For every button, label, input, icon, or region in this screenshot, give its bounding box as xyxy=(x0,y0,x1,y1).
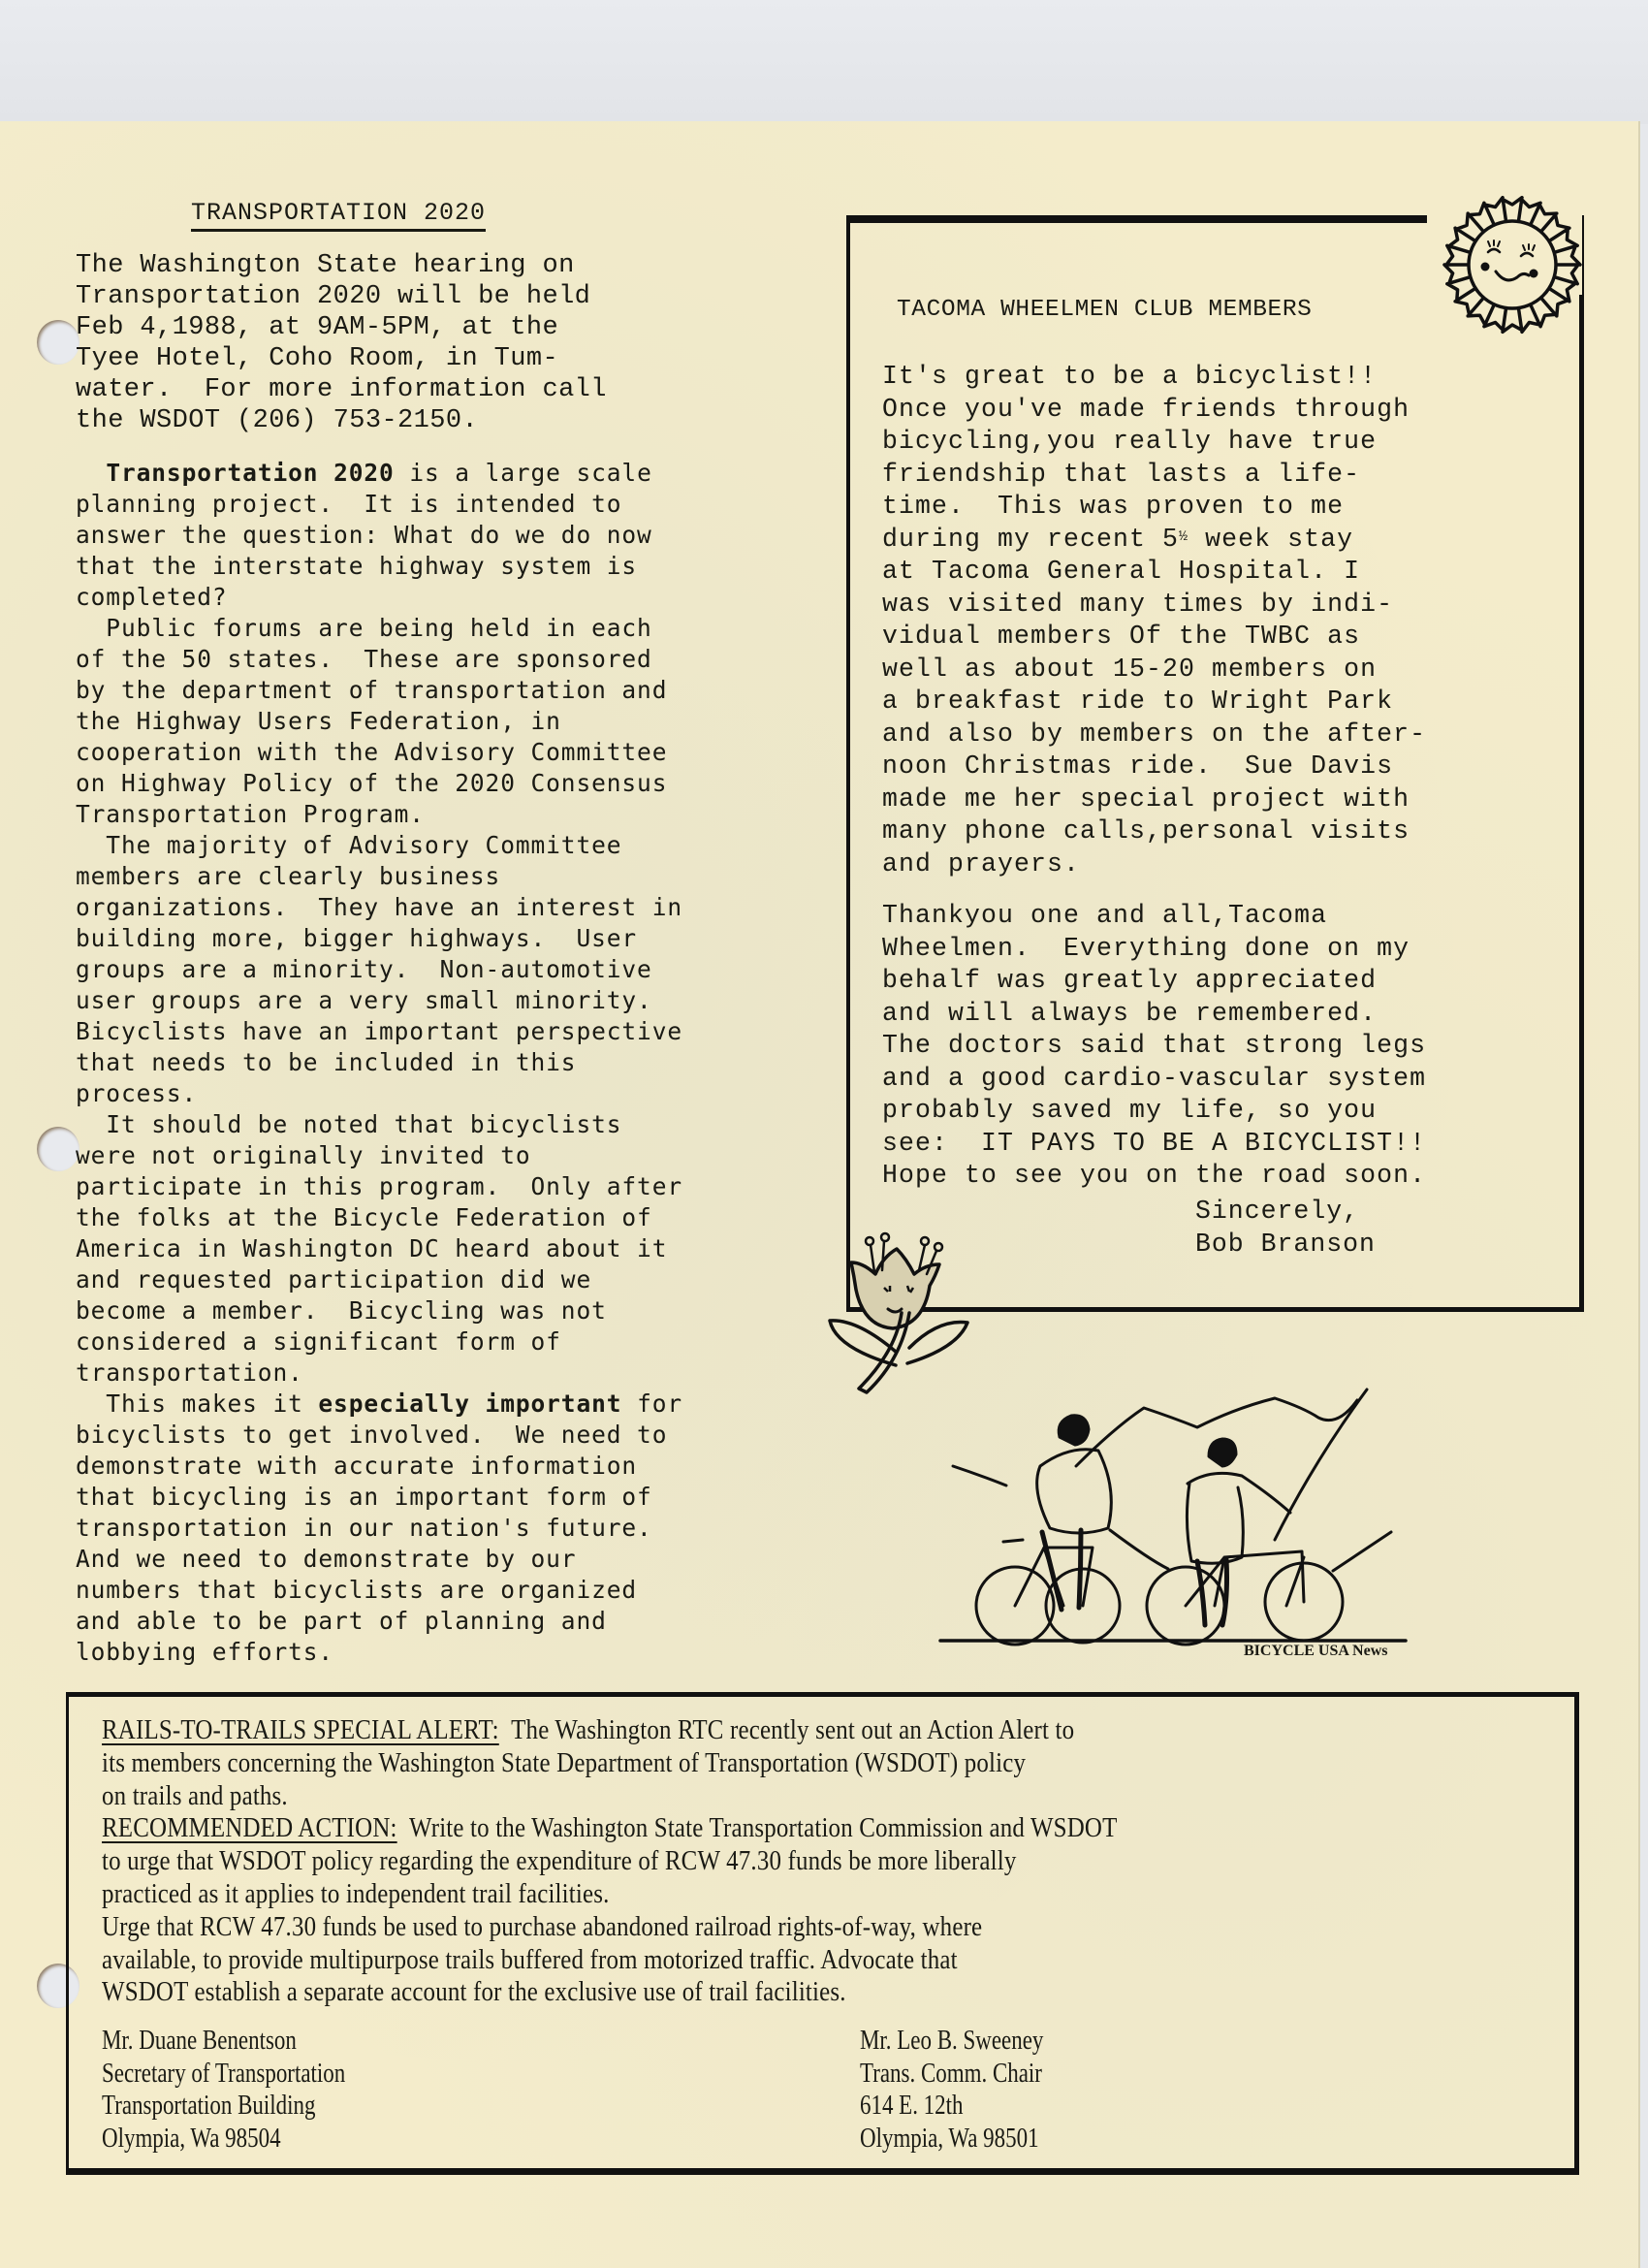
body-line: answer the question: What do we do now xyxy=(76,520,841,551)
body-line: that the interstate highway system is xyxy=(76,551,841,582)
letter-line: a breakfast ride to Wright Park xyxy=(882,686,1561,719)
letter-line: probably saved my life, so you xyxy=(882,1095,1561,1128)
body-line: Bicyclists have an important perspective xyxy=(76,1016,841,1047)
article-closing: This makes it especially important forbi… xyxy=(76,1389,841,1668)
intro-line: Tyee Hotel, Coho Room, in Tum- xyxy=(76,343,841,374)
address-line: Trans. Comm. Chair xyxy=(860,2058,1043,2091)
letter-paragraph-2: Thankyou one and all,TacomaWheelmen. Eve… xyxy=(882,900,1561,1193)
alert-line: Urge that RCW 47.30 funds be used to pur… xyxy=(102,1911,1352,1944)
body-line: become a member. Bicycling was not xyxy=(76,1295,841,1326)
alert-line: to urge that WSDOT policy regarding the … xyxy=(102,1845,1352,1878)
smiling-tulip-icon xyxy=(822,1224,977,1398)
letter-line: Thankyou one and all,Tacoma xyxy=(882,900,1561,933)
body-line: Public forums are being held in each xyxy=(76,613,841,644)
closing-line: numbers that bicyclists are organized xyxy=(76,1575,841,1606)
alert-line: available, to provide multipurpose trail… xyxy=(102,1944,1352,1977)
body-line: completed? xyxy=(76,582,841,613)
letter-title: TACOMA WHEELMEN CLUB MEMBERS xyxy=(897,297,1312,323)
letter-line: well as about 15-20 members on xyxy=(882,654,1561,687)
body-line: and requested participation did we xyxy=(76,1264,841,1295)
letter-signature: Bob Branson xyxy=(1195,1228,1376,1261)
letter-paragraph-1: It's great to be a bicyclist!!Once you'v… xyxy=(882,361,1561,880)
body-line: participate in this program. Only after xyxy=(76,1171,841,1202)
body-line: planning project. It is intended to xyxy=(76,489,841,520)
body-line: America in Washington DC heard about it xyxy=(76,1233,841,1264)
letter-body: It's great to be a bicyclist!!Once you'v… xyxy=(882,361,1561,1193)
alert-line: its members concerning the Washington St… xyxy=(102,1747,1352,1780)
letter-line: Hope to see you on the road soon. xyxy=(882,1160,1561,1193)
alert-text: RAILS-TO-TRAILS SPECIAL ALERT: The Washi… xyxy=(102,1714,1556,2009)
alert-line: on trails and paths. xyxy=(102,1780,1352,1813)
letter-line: It's great to be a bicyclist!! xyxy=(882,361,1561,394)
closing-line: and able to be part of planning and xyxy=(76,1606,841,1637)
body-line: of the 50 states. These are sponsored xyxy=(76,644,841,675)
address-trans-comm-chair: Mr. Leo B. SweeneyTrans. Comm. Chair614 … xyxy=(860,2025,1084,2155)
body-line: user groups are a very small minority. xyxy=(76,985,841,1016)
body-line: on Highway Policy of the 2020 Consensus xyxy=(76,768,841,799)
article-title: TRANSPORTATION 2020 xyxy=(191,199,486,232)
address-line: Secretary of Transportation xyxy=(102,2058,345,2091)
alert-line: WSDOT establish a separate account for t… xyxy=(102,1976,1352,2009)
address-line: Olympia, Wa 98504 xyxy=(102,2123,345,2156)
intro-line: Feb 4,1988, at 9AM-5PM, at the xyxy=(76,312,841,343)
action-heading-line: RECOMMENDED ACTION: Write to the Washing… xyxy=(102,1812,1352,1845)
closing-line: lobbying efforts. xyxy=(76,1637,841,1668)
letter-line: bicycling,you really have true xyxy=(882,426,1561,459)
intro-line: the WSDOT (206) 753-2150. xyxy=(76,405,841,436)
address-line: Transportation Building xyxy=(102,2090,345,2123)
two-bicyclists-illustration xyxy=(935,1387,1420,1648)
article-intro: The Washington State hearing onTransport… xyxy=(76,250,841,436)
alert-line: practiced as it applies to independent t… xyxy=(102,1878,1352,1911)
letter-line: was visited many times by indi- xyxy=(882,589,1561,622)
letter-line: behalf was greatly appreciated xyxy=(882,965,1561,998)
body-line: cooperation with the Advisory Committee xyxy=(76,737,841,768)
address-line: Olympia, Wa 98501 xyxy=(860,2123,1043,2156)
letter-line: and will always be remembered. xyxy=(882,998,1561,1031)
body-line: The majority of Advisory Committee xyxy=(76,830,841,861)
intro-line: The Washington State hearing on xyxy=(76,250,841,281)
illustration-caption: BICYCLE USA News xyxy=(1244,1643,1387,1660)
body-line: It should be noted that bicyclists xyxy=(76,1109,841,1140)
body-line: that needs to be included in this xyxy=(76,1047,841,1078)
letter-line: Once you've made friends through xyxy=(882,394,1561,427)
closing-line: that bicycling is an important form of xyxy=(76,1482,841,1513)
letter-line: and prayers. xyxy=(882,848,1561,881)
letter-line: see: IT PAYS TO BE A BICYCLIST!! xyxy=(882,1128,1561,1161)
address-secretary-of-transportation: Mr. Duane BenentsonSecretary of Transpor… xyxy=(102,2025,398,2155)
body-line: process. xyxy=(76,1078,841,1109)
article-transportation-2020: The Washington State hearing onTransport… xyxy=(76,250,841,1668)
letter-closing: Sincerely, xyxy=(1195,1195,1376,1228)
letter-line: vidual members Of the TWBC as xyxy=(882,621,1561,654)
body-line: Transportation 2020 is a large scale xyxy=(76,458,841,489)
body-line: the folks at the Bicycle Federation of xyxy=(76,1202,841,1233)
body-line: considered a significant form of xyxy=(76,1326,841,1358)
letter-line: and a good cardio-vascular system xyxy=(882,1063,1561,1096)
body-line: members are clearly business xyxy=(76,861,841,892)
binder-hole xyxy=(37,320,79,365)
fraction-half: ½ xyxy=(1179,529,1188,544)
closing-line: This makes it especially important for xyxy=(76,1389,841,1420)
body-line: organizations. They have an interest in xyxy=(76,892,841,923)
letter-line: during my recent 5½ week stay xyxy=(882,524,1561,557)
letter-line: Wheelmen. Everything done on my xyxy=(882,933,1561,966)
closing-line: bicyclists to get involved. We need to xyxy=(76,1420,841,1451)
bold-lead: Transportation 2020 xyxy=(106,459,394,487)
closing-line: demonstrate with accurate information xyxy=(76,1451,841,1482)
closing-line: transportation in our nation's future. xyxy=(76,1513,841,1544)
letter-line: The doctors said that strong legs xyxy=(882,1030,1561,1063)
body-line: transportation. xyxy=(76,1358,841,1389)
body-line: groups are a minority. Non-automotive xyxy=(76,954,841,985)
intro-line: Transportation 2020 will be held xyxy=(76,281,841,312)
letter-line: friendship that lasts a life- xyxy=(882,459,1561,492)
intro-line: water. For more information call xyxy=(76,374,841,405)
article-body: Transportation 2020 is a large scaleplan… xyxy=(76,458,841,1389)
scanner-background xyxy=(0,0,1648,124)
letter-signature-block: Sincerely, Bob Branson xyxy=(1195,1195,1376,1261)
closing-line: And we need to demonstrate by our xyxy=(76,1544,841,1575)
letter-line: and also by members on the after- xyxy=(882,719,1561,751)
address-line: Mr. Leo B. Sweeney xyxy=(860,2025,1043,2058)
letter-line: noon Christmas ride. Sue Davis xyxy=(882,751,1561,783)
letter-line: time. This was proven to me xyxy=(882,491,1561,524)
address-line: Mr. Duane Benentson xyxy=(102,2025,345,2058)
smiling-sun-icon xyxy=(1440,192,1585,337)
address-line: 614 E. 12th xyxy=(860,2090,1043,2123)
letter-line: at Tacoma General Hospital. I xyxy=(882,556,1561,589)
body-line: building more, bigger highways. User xyxy=(76,923,841,954)
body-line: by the department of transportation and xyxy=(76,675,841,706)
body-line: Transportation Program. xyxy=(76,799,841,830)
body-line: were not originally invited to xyxy=(76,1140,841,1171)
action-heading: RECOMMENDED ACTION: xyxy=(102,1812,397,1843)
letter-line: made me her special project with xyxy=(882,783,1561,816)
alert-heading-line: RAILS-TO-TRAILS SPECIAL ALERT: The Washi… xyxy=(102,1714,1352,1747)
bold-emphasis: especially important xyxy=(318,1390,621,1418)
body-line: the Highway Users Federation, in xyxy=(76,706,841,737)
letter-line: many phone calls,personal visits xyxy=(882,815,1561,848)
alert-heading: RAILS-TO-TRAILS SPECIAL ALERT: xyxy=(102,1714,499,1745)
binder-hole xyxy=(37,1127,79,1171)
